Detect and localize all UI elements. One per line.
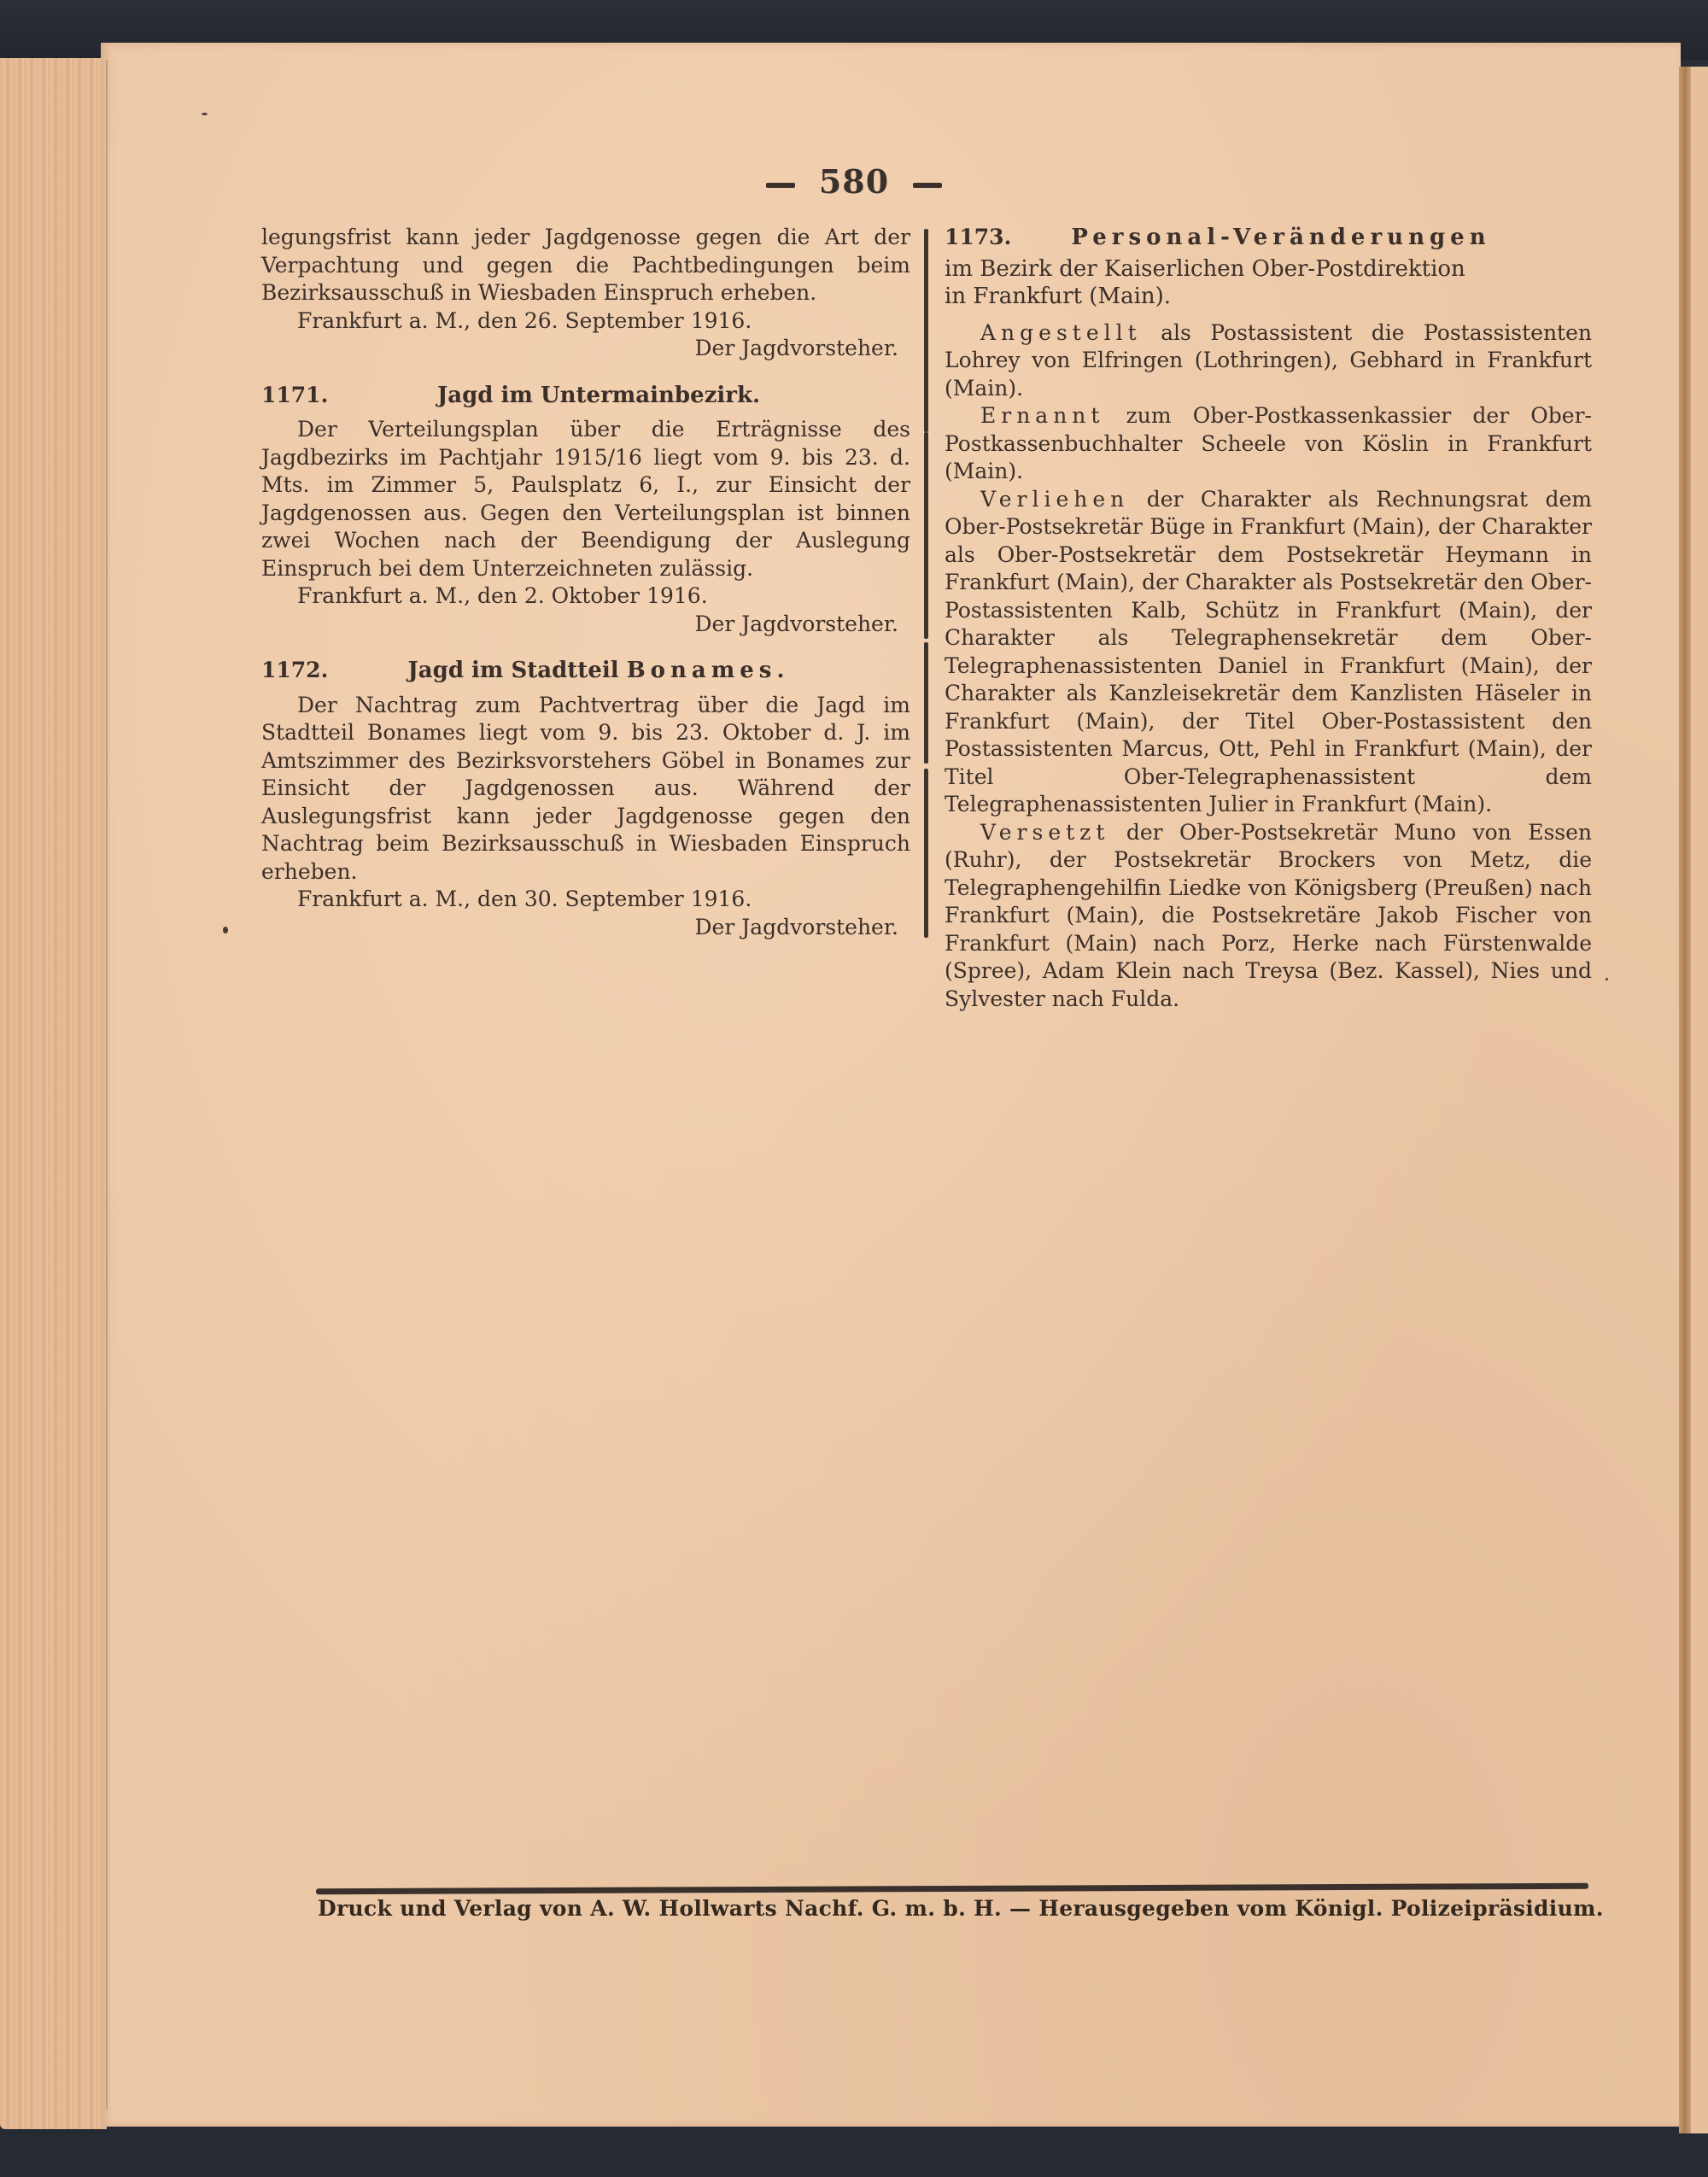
entry-heading: 1171. Jagd im Untermainbezirk. [261, 382, 910, 410]
column-divider-segment [924, 769, 928, 938]
book-page-edges [0, 58, 107, 2129]
entry-title: Jagd im Untermainbezirk. [364, 382, 910, 410]
entry-dateline: Frankfurt a. M., den 30. September 1916. [261, 886, 910, 914]
page-number: 580 [819, 162, 889, 201]
column-divider-segment [924, 229, 928, 432]
column-divider-segment [924, 642, 928, 764]
book-gutter [1679, 67, 1691, 2133]
entry-1173: 1173. Personal-Veränderungen im Bezirk d… [945, 224, 1592, 1013]
notice-signature: Der Jagdvorsteher. [261, 335, 898, 363]
facing-page-edge [1691, 67, 1708, 2133]
paragraph-ernannt: Ernannt zum Ober-Postkassenkassier der O… [945, 402, 1592, 486]
header-dash-right [913, 183, 942, 188]
entry-title: Personal-Veränderungen [1047, 224, 1592, 252]
entry-title-prefix: Jagd im Stadtteil [407, 658, 618, 683]
paragraph-text: der Charakter als Rechnungsrat dem Ober-… [945, 487, 1592, 817]
entry-heading: 1172. Jagd im Stadtteil Bonames. [261, 657, 910, 685]
paragraph-verliehen: Verliehen der Charakter als Rechnungsrat… [945, 486, 1592, 819]
footer-imprint: Druck und Verlag von A. W. Hollwarts Nac… [318, 1896, 1599, 1921]
paragraph-text: der Ober-Postsekretär Muno von Essen (Ru… [945, 820, 1592, 1011]
entry-subtitle: in Frankfurt (Main). [945, 283, 1592, 311]
notice-body: legungsfrist kann jeder Jagdgenosse gege… [261, 224, 910, 307]
paragraph-lead: Versetzt [980, 820, 1109, 845]
page-fold-line [106, 60, 108, 2110]
entry-number: 1173. [945, 224, 1047, 252]
entry-dateline: Frankfurt a. M., den 2. Oktober 1916. [261, 582, 910, 611]
paragraph-versetzt: Versetzt der Ober-Postsekretär Muno von … [945, 819, 1592, 1014]
continued-notice: legungsfrist kann jeder Jagdgenosse gege… [261, 224, 910, 363]
ink-speck [223, 927, 228, 933]
entry-title: Jagd im Stadtteil Bonames. [364, 657, 910, 685]
paragraph-lead: Angestellt [980, 320, 1142, 345]
entry-1172: 1172. Jagd im Stadtteil Bonames. Der Nac… [261, 657, 910, 941]
page-header: 580 [0, 162, 1708, 201]
entry-signature: Der Jagdvorsteher. [261, 611, 898, 639]
entry-1171: 1171. Jagd im Untermainbezirk. Der Verte… [261, 382, 910, 639]
paragraph-lead: Verliehen [980, 487, 1129, 512]
paragraph-angestellt: Angestellt als Postassistent die Postass… [945, 319, 1592, 403]
notice-dateline: Frankfurt a. M., den 26. September 1916. [261, 307, 910, 336]
column-divider-segment [924, 432, 928, 639]
right-column: 1173. Personal-Veränderungen im Bezirk d… [945, 224, 1592, 1013]
entry-number: 1172. [261, 657, 364, 685]
entry-subtitle: im Bezirk der Kaiserlichen Ober-Postdire… [945, 255, 1592, 284]
ink-speck [202, 113, 208, 115]
paragraph-lead: Ernannt [980, 403, 1104, 428]
entry-signature: Der Jagdvorsteher. [261, 914, 898, 942]
ink-speck [1606, 978, 1608, 980]
left-column: legungsfrist kann jeder Jagdgenosse gege… [261, 224, 910, 941]
entry-body: Der Verteilungsplan über die Erträgnisse… [261, 416, 910, 582]
entry-heading: 1173. Personal-Veränderungen [945, 224, 1592, 252]
entry-body: Der Nachtrag zum Pachtvertrag über die J… [261, 692, 910, 887]
header-dash-left [766, 183, 795, 188]
entry-number: 1171. [261, 382, 364, 410]
entry-title-spaced: Bonames. [627, 658, 790, 683]
